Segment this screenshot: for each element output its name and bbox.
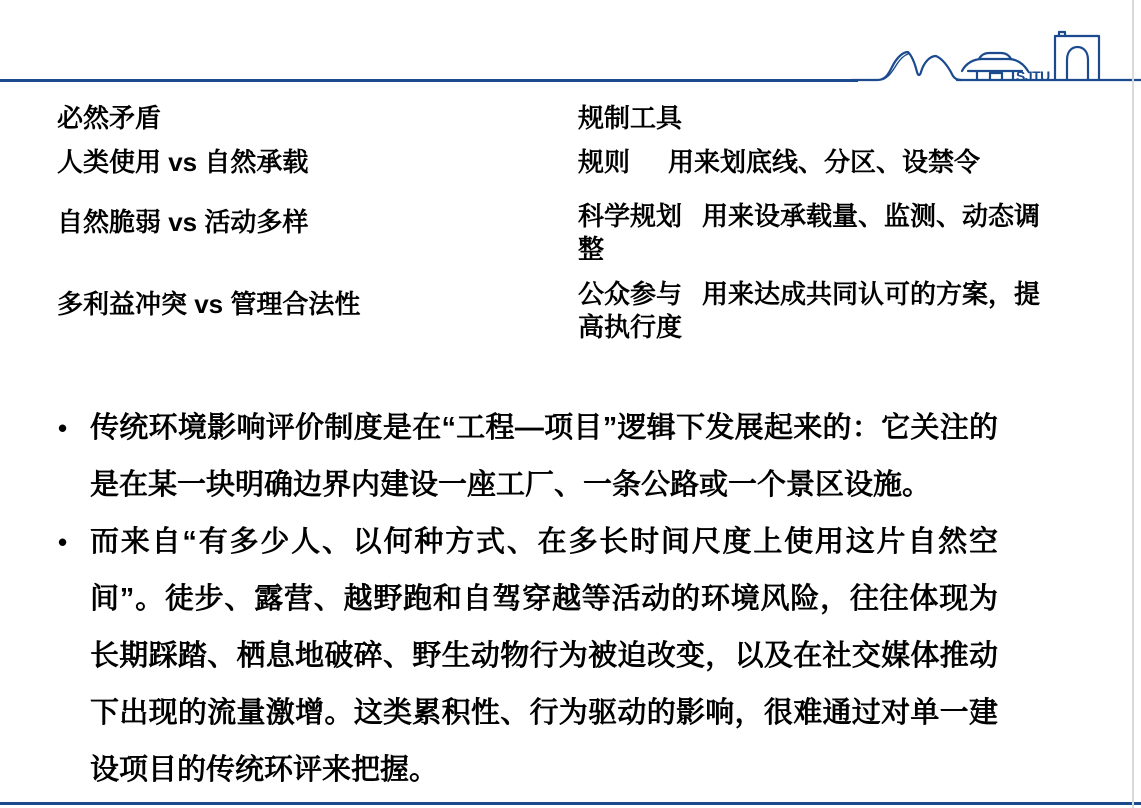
university-logo: SJTU bbox=[851, 18, 1141, 90]
matrix-left-header: 必然矛盾 bbox=[57, 102, 161, 135]
bullet-item: • 而来自“有多少人、以何种方式、在多长时间尺度上使用这片自然空间”。徒步、露营… bbox=[58, 514, 998, 799]
matrix-desc: 用来划底线、分区、设禁令 bbox=[668, 147, 980, 177]
bullet-marker: • bbox=[58, 514, 67, 571]
slide: SJTU 必然矛盾 人类使用 vs 自然承载 自然脆弱 vs 活动多样 多利益冲… bbox=[0, 0, 1141, 808]
bullet-text: 而来自“有多少人、以何种方式、在多长时间尺度上使用这片自然空间”。徒步、露营、越… bbox=[90, 526, 998, 786]
matrix-right-row-3: 公众参与用来达成共同认可的方案，提高执行度 bbox=[578, 278, 1056, 344]
logo-letters: SJTU bbox=[1016, 68, 1050, 84]
skyline-logo-icon: SJTU bbox=[851, 18, 1141, 90]
slide-right-border bbox=[1132, 0, 1134, 808]
matrix-right-row-1: 规则用来划底线、分区、设禁令 bbox=[578, 146, 1056, 179]
matrix-term: 规则 bbox=[578, 147, 630, 177]
matrix-right-header: 规制工具 bbox=[578, 102, 682, 135]
bullet-marker: • bbox=[58, 400, 67, 457]
bullet-text: 传统环境影响评价制度是在“工程—项目”逻辑下发展起来的：它关注的是在某一块明确边… bbox=[90, 412, 998, 501]
top-divider bbox=[0, 79, 858, 82]
matrix-right-row-2: 科学规划用来设承载量、监测、动态调整 bbox=[578, 200, 1056, 266]
matrix-left-row-1: 人类使用 vs 自然承载 bbox=[57, 146, 308, 179]
bullet-list: • 传统环境影响评价制度是在“工程—项目”逻辑下发展起来的：它关注的是在某一块明… bbox=[58, 400, 998, 799]
matrix-left-row-2: 自然脆弱 vs 活动多样 bbox=[57, 206, 308, 239]
bottom-divider bbox=[0, 802, 1141, 805]
matrix-left-row-3: 多利益冲突 vs 管理合法性 bbox=[57, 288, 360, 321]
matrix-term: 公众参与 bbox=[578, 279, 682, 309]
matrix-term: 科学规划 bbox=[578, 201, 682, 231]
bullet-item: • 传统环境影响评价制度是在“工程—项目”逻辑下发展起来的：它关注的是在某一块明… bbox=[58, 400, 998, 514]
